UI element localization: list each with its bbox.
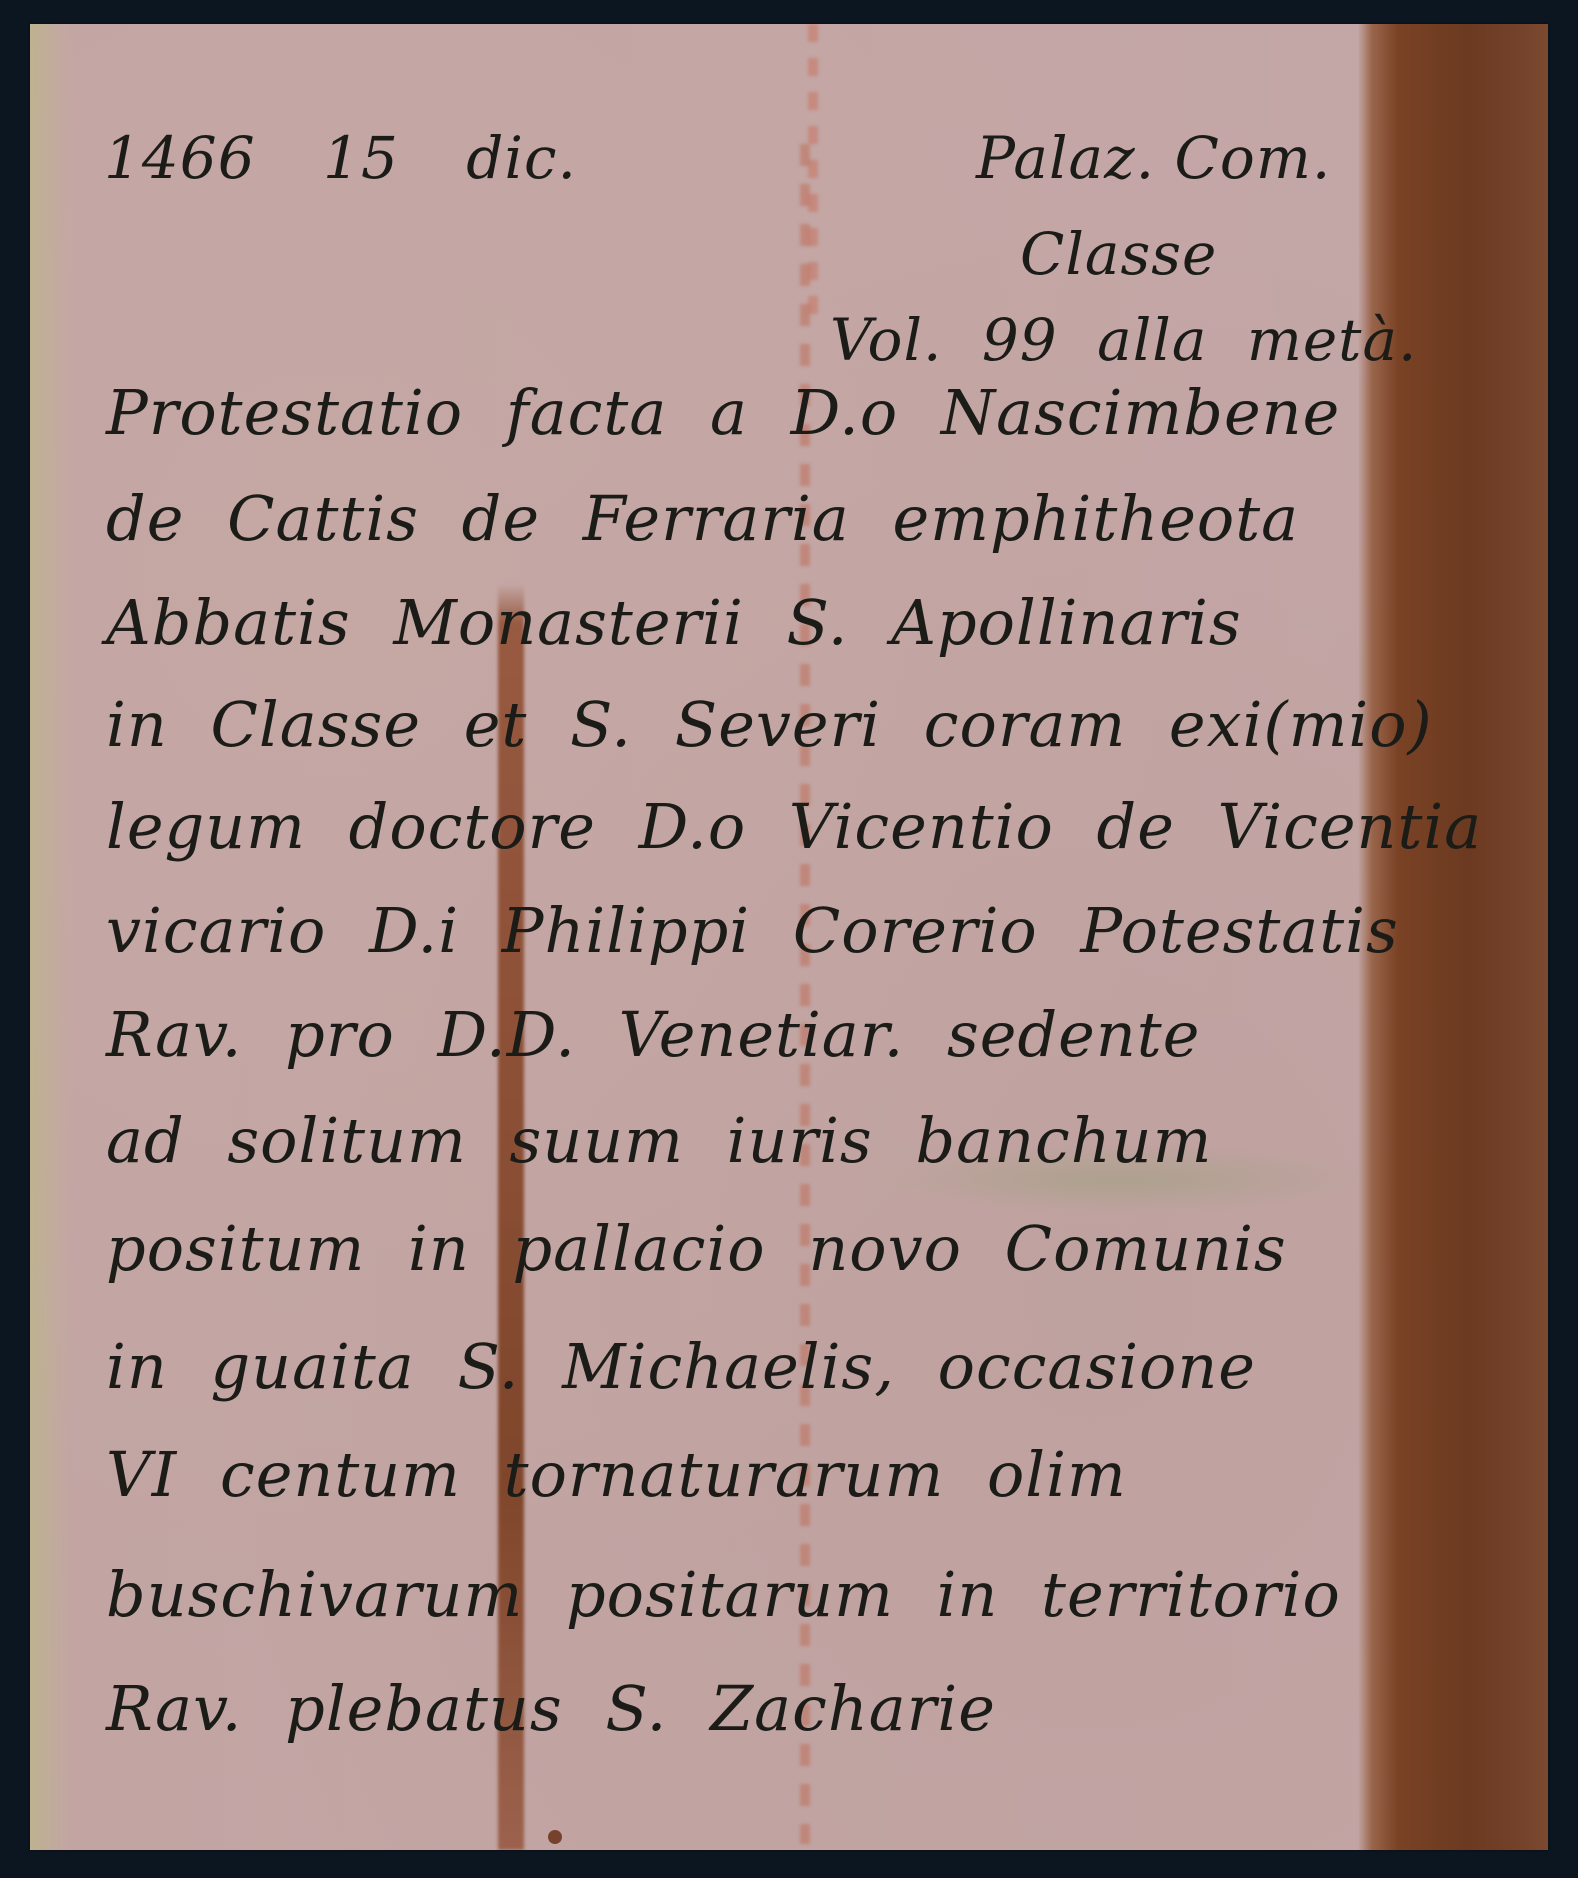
text-line: buschivarum positarum in territorio: [106, 1558, 1341, 1631]
header-archive: Palaz. Com.: [976, 124, 1331, 192]
document-card: 1466 15 dic. Palaz. Com. Classe Vol. 99 …: [30, 24, 1548, 1850]
header-series: Classe: [1020, 220, 1217, 288]
text-line: Rav. plebatus S. Zacharie: [106, 1672, 996, 1745]
text-line: vicario D.i Philippi Corerio Potestatis: [106, 894, 1399, 967]
header-date: 1466 15 dic.: [104, 124, 577, 192]
text-line: in Classe et S. Severi coram exi(mio): [106, 688, 1433, 761]
text-line: de Cattis de Ferraria emphitheota: [106, 482, 1299, 555]
text-line: positum in pallacio novo Comunis: [106, 1212, 1287, 1285]
text-line: legum doctore D.o Vicentio de Vicentia: [106, 790, 1482, 863]
text-line: Rav. pro D.D. Venetiar. sedente: [106, 998, 1200, 1071]
text-line: ad solitum suum iuris banchum: [106, 1104, 1212, 1177]
stain-drop: [548, 1830, 562, 1844]
text-line: Protestatio facta a D.o Nascimbene: [106, 376, 1340, 449]
text-line: in guaita S. Michaelis, occasione: [106, 1330, 1256, 1403]
paper-edge-discoloration: [30, 24, 70, 1850]
text-line: VI centum tornaturarum olim: [106, 1438, 1127, 1511]
text-line: Abbatis Monasterii S. Apollinaris: [106, 586, 1242, 659]
header-volume: Vol. 99 alla metà.: [830, 306, 1417, 374]
